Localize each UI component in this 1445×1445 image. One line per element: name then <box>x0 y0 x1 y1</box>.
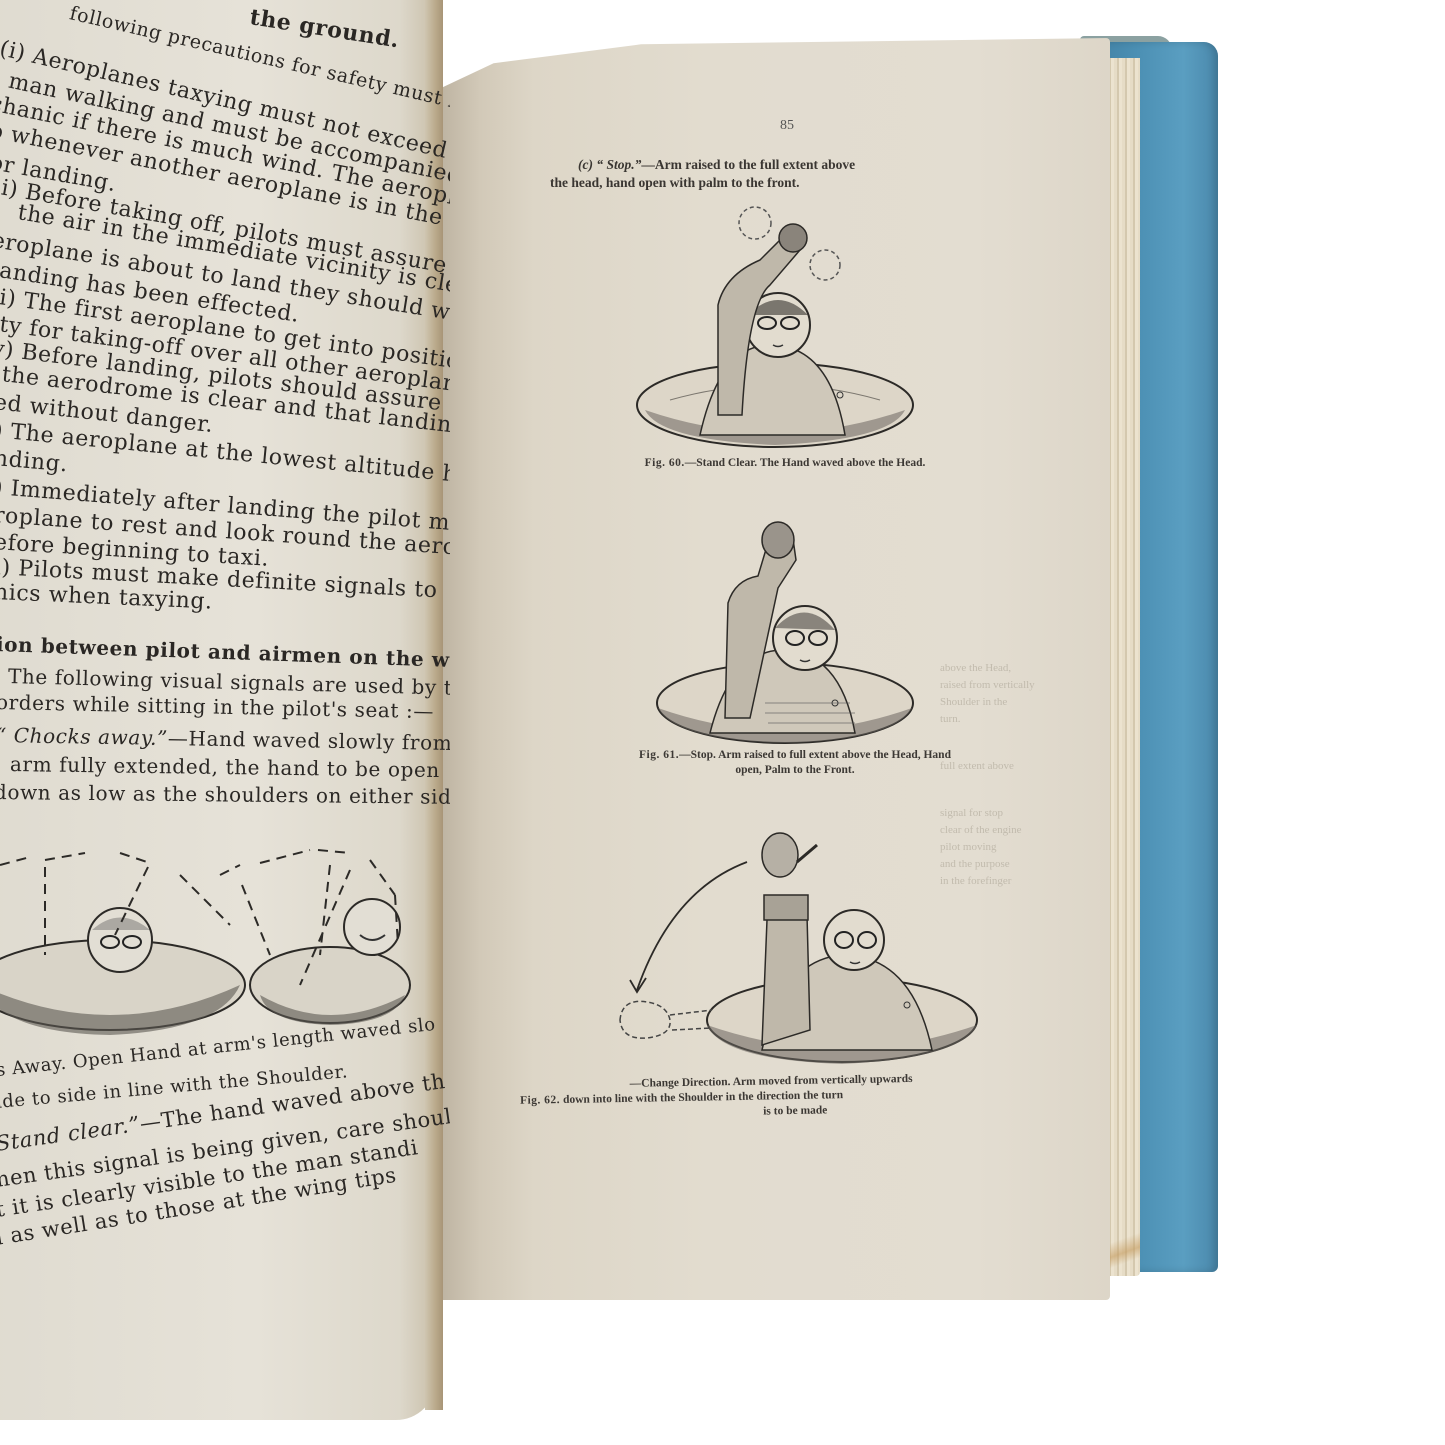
fig-62-illustration <box>612 820 982 1065</box>
fig-60-caption: Fig. 60.—Stand Clear. The Hand waved abo… <box>535 456 1035 471</box>
stop-label: (c) “ Stop.” <box>578 157 641 172</box>
fig-61-illustration <box>650 518 920 743</box>
bleed-through-text: above the Head, raised from vertically S… <box>940 660 1090 890</box>
chocks-away-caption-1: s Away. Open Hand at arm's length waved … <box>0 1014 437 1081</box>
stop-paragraph: (c) “ Stop.”—Arm raised to the full exte… <box>550 156 1030 192</box>
stop-line-1: —Arm raised to the full extent above <box>641 157 855 172</box>
page-number: 85 <box>780 118 794 134</box>
left-page-lower-text: s Away. Open Hand at arm's length waved … <box>0 0 450 1280</box>
fig-60-illustration <box>630 205 920 445</box>
stop-line-2: the head, hand open with palm to the fro… <box>550 174 1030 192</box>
book-photo: 85 (c) “ Stop.”—Arm raised to the full e… <box>0 0 1445 1445</box>
